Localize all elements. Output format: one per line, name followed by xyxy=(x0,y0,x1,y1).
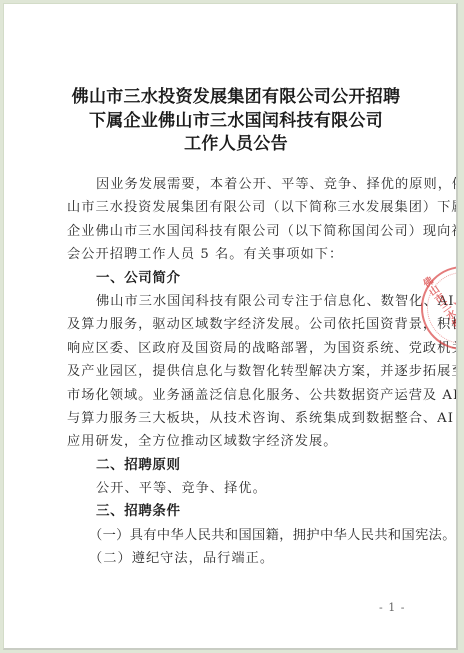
title-line-3: 工作人员公告 xyxy=(4,133,458,157)
document-page: 佛山市三水投资发展集团有限公司公开招聘 下属企业佛山市三水国闰科技有限公司 工作… xyxy=(3,3,458,650)
section-line: 及算力服务，驱动区域数字经济发展。公司依托国资背景，积极 xyxy=(67,313,413,336)
document-title: 佛山市三水投资发展集团有限公司公开招聘 下属企业佛山市三水国闰科技有限公司 工作… xyxy=(4,86,458,157)
intro-line: 因业务发展需要，本着公开、平等、竞争、择优的原则，佛 xyxy=(67,173,413,196)
section-line: 响应区委、区政府及国资局的战略部署，为国资系统、党政机关 xyxy=(67,337,413,360)
section-line: 市场化领域。业务涵盖泛信息化服务、公共数据资产运营及 AI xyxy=(67,384,413,407)
section-line: 应用研发，全方位推动区域数字经济发展。 xyxy=(67,430,413,453)
title-line-1: 佛山市三水投资发展集团有限公司公开招聘 xyxy=(4,86,458,110)
condition-item-1: （一）具有中华人民共和国国籍，拥护中华人民共和国宪法。 xyxy=(67,524,413,547)
section-line: 公开、平等、竞争、择优。 xyxy=(67,477,413,500)
page-number: - 1 - xyxy=(379,601,405,614)
intro-line: 企业佛山市三水国闰科技有限公司（以下简称国闰公司）现向社 xyxy=(67,220,413,243)
official-seal-stamp: ★ 佛山市三水投资 xyxy=(421,266,458,350)
section-line: 及产业园区，提供信息化与数智化转型解决方案，并逐步拓展至 xyxy=(67,360,413,383)
intro-line: 会公开招聘工作人员 5 名。有关事项如下： xyxy=(67,243,413,266)
section-line: 佛山市三水国闰科技有限公司专注于信息化、数智化、AI xyxy=(67,290,413,313)
condition-item-2: （二）遵纪守法，品行端正。 xyxy=(67,547,413,570)
document-body: 因业务发展需要，本着公开、平等、竞争、择优的原则，佛 山市三水投资发展集团有限公… xyxy=(67,173,413,571)
intro-line: 山市三水投资发展集团有限公司（以下简称三水发展集团）下属 xyxy=(67,196,413,219)
section-heading-recruitment-conditions: 三、招聘条件 xyxy=(67,500,413,523)
section-heading-recruitment-principles: 二、招聘原则 xyxy=(67,454,413,477)
section-line: 与算力服务三大板块，从技术咨询、系统集成到数据整合、AI xyxy=(67,407,413,430)
section-heading-company-intro: 一、公司简介 xyxy=(67,267,413,290)
title-line-2: 下属企业佛山市三水国闰科技有限公司 xyxy=(4,110,458,134)
